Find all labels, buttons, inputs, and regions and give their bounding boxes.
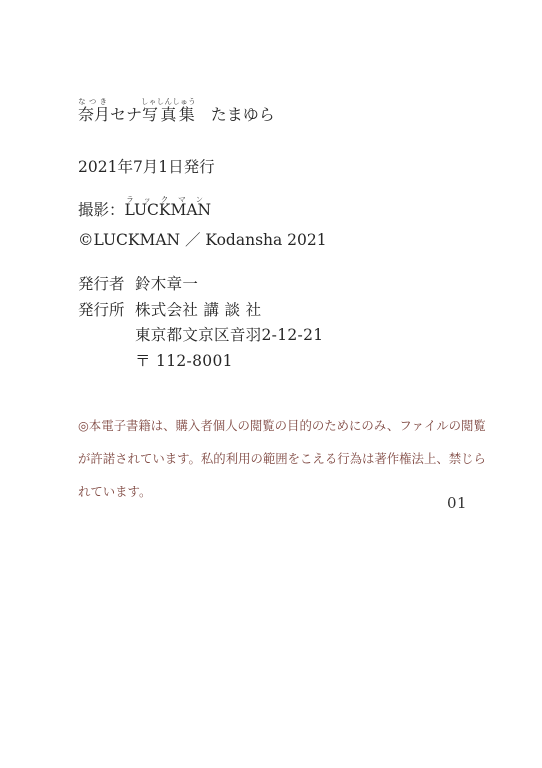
title-author-given: セナ	[110, 105, 142, 124]
publisher-row: 〒 112-8001	[78, 349, 323, 375]
publisher-row-label	[78, 323, 135, 349]
photographer-ruby: LUCKMANラックマン	[125, 201, 212, 219]
publisher-row-value: 〒 112-8001	[135, 349, 233, 375]
publisher-row-label: 発行所	[78, 298, 135, 324]
publisher-row-value: 鈴木章一	[135, 272, 198, 298]
photography-credit: 撮影：LUCKMANラックマン	[78, 195, 211, 220]
publisher-block: 発行者 鈴木章一 発行所 株式会社 講 談 社 東京都文京区音羽2-12-21 …	[78, 272, 323, 374]
title-author-furigana: なつき	[78, 97, 110, 106]
publisher-row: 発行者 鈴木章一	[78, 272, 323, 298]
copyright-line: ©LUCKMAN ／ Kodansha 2021	[78, 228, 327, 250]
title-author-ruby: 奈月なつき	[78, 105, 110, 124]
book-title: 奈月なつきセナ写真集しゃしんしゅう たまゆら	[78, 97, 275, 125]
publication-date: 2021年7月1日発行	[78, 155, 215, 177]
photography-label: 撮影：	[78, 201, 125, 219]
publisher-row-label: 発行者	[78, 272, 135, 298]
publisher-row-value: 株式会社 講 談 社	[135, 298, 261, 324]
title-photobook-ruby: 写真集しゃしんしゅう	[142, 105, 195, 124]
title-photobook-word: 写真集	[141, 105, 196, 124]
photographer-furigana: ラックマン	[125, 195, 212, 204]
publisher-row-label	[78, 349, 135, 375]
ebook-colophon-page: 奈月なつきセナ写真集しゃしんしゅう たまゆら 2021年7月1日発行 撮影：LU…	[0, 0, 542, 768]
title-author-name: 奈月	[78, 105, 110, 124]
publisher-row: 東京都文京区音羽2-12-21	[78, 323, 323, 349]
title-subtitle: たまゆら	[195, 105, 275, 124]
publisher-row-value: 東京都文京区音羽2-12-21	[135, 323, 323, 349]
page-number: 01	[447, 494, 467, 512]
title-photobook-furigana: しゃしんしゅう	[141, 97, 196, 106]
publisher-row: 発行所 株式会社 講 談 社	[78, 298, 323, 324]
rights-notice: ◎本電子書籍は、購入者個人の閲覧の目的のためにのみ、ファイルの閲覧が許諾されてい…	[78, 409, 492, 508]
